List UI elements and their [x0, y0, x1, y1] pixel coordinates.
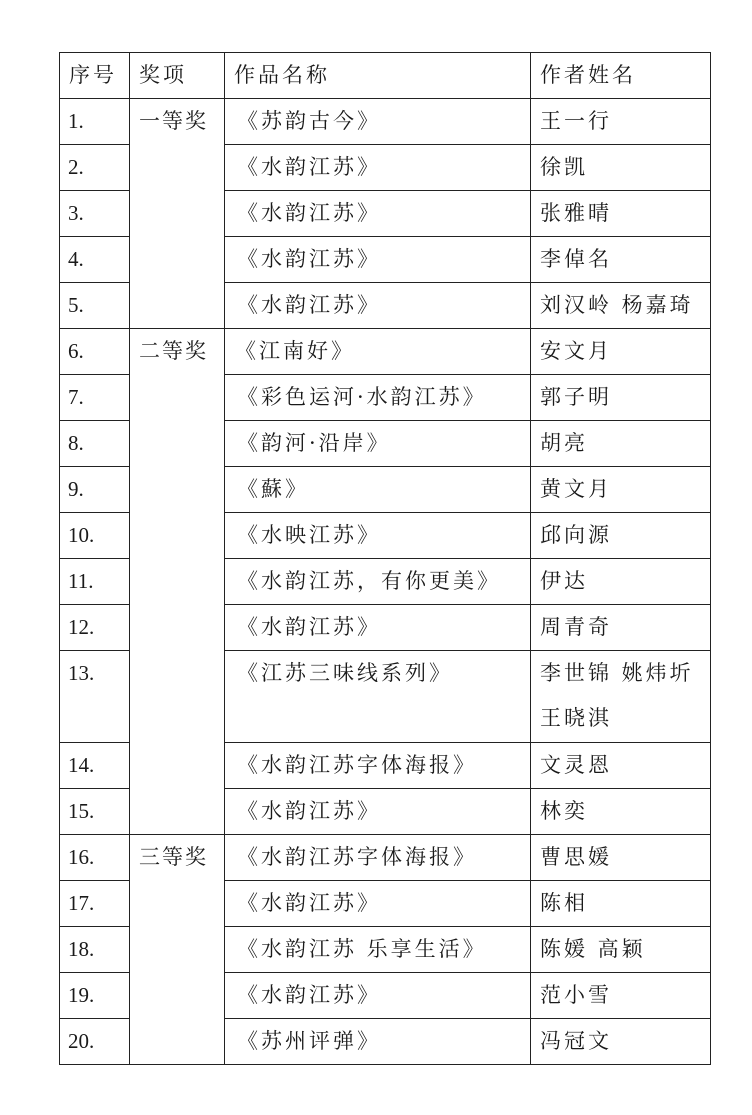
table-row: 1. 一等奖 《苏韵古今》 王一行 — [60, 99, 711, 145]
row-number: 19. — [60, 973, 130, 1019]
author-name: 周青奇 — [531, 605, 711, 651]
row-number: 14. — [60, 743, 130, 789]
row-number: 13. — [60, 651, 130, 743]
work-title: 《韵河·沿岸》 — [225, 421, 531, 467]
work-title: 《水韵江苏》 — [225, 605, 531, 651]
work-title: 《苏州评弹》 — [225, 1019, 531, 1065]
work-title: 《水韵江苏字体海报》 — [225, 743, 531, 789]
header-serial: 序号 — [60, 53, 130, 99]
work-title: 《苏韵古今》 — [225, 99, 531, 145]
row-number: 8. — [60, 421, 130, 467]
work-title: 《彩色运河·水韵江苏》 — [225, 375, 531, 421]
author-name: 邱向源 — [531, 513, 711, 559]
author-name: 李世锦 姚炜圻 王晓淇 — [531, 651, 711, 743]
work-title: 《水韵江苏》 — [225, 973, 531, 1019]
row-number: 1. — [60, 99, 130, 145]
row-number: 3. — [60, 191, 130, 237]
header-author: 作者姓名 — [531, 53, 711, 99]
author-name: 徐凯 — [531, 145, 711, 191]
row-number: 11. — [60, 559, 130, 605]
award-first: 一等奖 — [130, 99, 225, 329]
work-title: 《水韵江苏》 — [225, 283, 531, 329]
work-title: 《江南好》 — [225, 329, 531, 375]
header-title: 作品名称 — [225, 53, 531, 99]
row-number: 20. — [60, 1019, 130, 1065]
author-name: 胡亮 — [531, 421, 711, 467]
author-name: 伊达 — [531, 559, 711, 605]
row-number: 18. — [60, 927, 130, 973]
author-name: 文灵恩 — [531, 743, 711, 789]
work-title: 《水韵江苏，有你更美》 — [225, 559, 531, 605]
work-title: 《水韵江苏》 — [225, 191, 531, 237]
author-name: 郭子明 — [531, 375, 711, 421]
row-number: 17. — [60, 881, 130, 927]
row-number: 6. — [60, 329, 130, 375]
author-name: 王一行 — [531, 99, 711, 145]
author-name: 曹思媛 — [531, 835, 711, 881]
work-title: 《水韵江苏》 — [225, 881, 531, 927]
header-award: 奖项 — [130, 53, 225, 99]
award-third: 三等奖 — [130, 835, 225, 1065]
author-name: 李倬名 — [531, 237, 711, 283]
table-row: 6. 二等奖 《江南好》 安文月 — [60, 329, 711, 375]
work-title: 《江苏三味线系列》 — [225, 651, 531, 743]
author-name: 冯冠文 — [531, 1019, 711, 1065]
row-number: 5. — [60, 283, 130, 329]
award-second: 二等奖 — [130, 329, 225, 835]
work-title: 《水映江苏》 — [225, 513, 531, 559]
author-name: 林奕 — [531, 789, 711, 835]
author-name: 范小雪 — [531, 973, 711, 1019]
work-title: 《蘇》 — [225, 467, 531, 513]
author-name: 安文月 — [531, 329, 711, 375]
row-number: 15. — [60, 789, 130, 835]
work-title: 《水韵江苏 乐享生活》 — [225, 927, 531, 973]
award-table: 序号 奖项 作品名称 作者姓名 1. 一等奖 《苏韵古今》 王一行 2. 《水韵… — [59, 52, 711, 1065]
work-title: 《水韵江苏字体海报》 — [225, 835, 531, 881]
row-number: 7. — [60, 375, 130, 421]
author-name: 张雅晴 — [531, 191, 711, 237]
work-title: 《水韵江苏》 — [225, 789, 531, 835]
row-number: 2. — [60, 145, 130, 191]
work-title: 《水韵江苏》 — [225, 237, 531, 283]
work-title: 《水韵江苏》 — [225, 145, 531, 191]
author-name: 陈相 — [531, 881, 711, 927]
row-number: 9. — [60, 467, 130, 513]
row-number: 16. — [60, 835, 130, 881]
row-number: 10. — [60, 513, 130, 559]
table-row: 16. 三等奖 《水韵江苏字体海报》 曹思媛 — [60, 835, 711, 881]
author-name: 刘汉岭 杨嘉琦 — [531, 283, 711, 329]
author-name: 黄文月 — [531, 467, 711, 513]
author-name: 陈媛 高颖 — [531, 927, 711, 973]
table-header-row: 序号 奖项 作品名称 作者姓名 — [60, 53, 711, 99]
row-number: 4. — [60, 237, 130, 283]
row-number: 12. — [60, 605, 130, 651]
